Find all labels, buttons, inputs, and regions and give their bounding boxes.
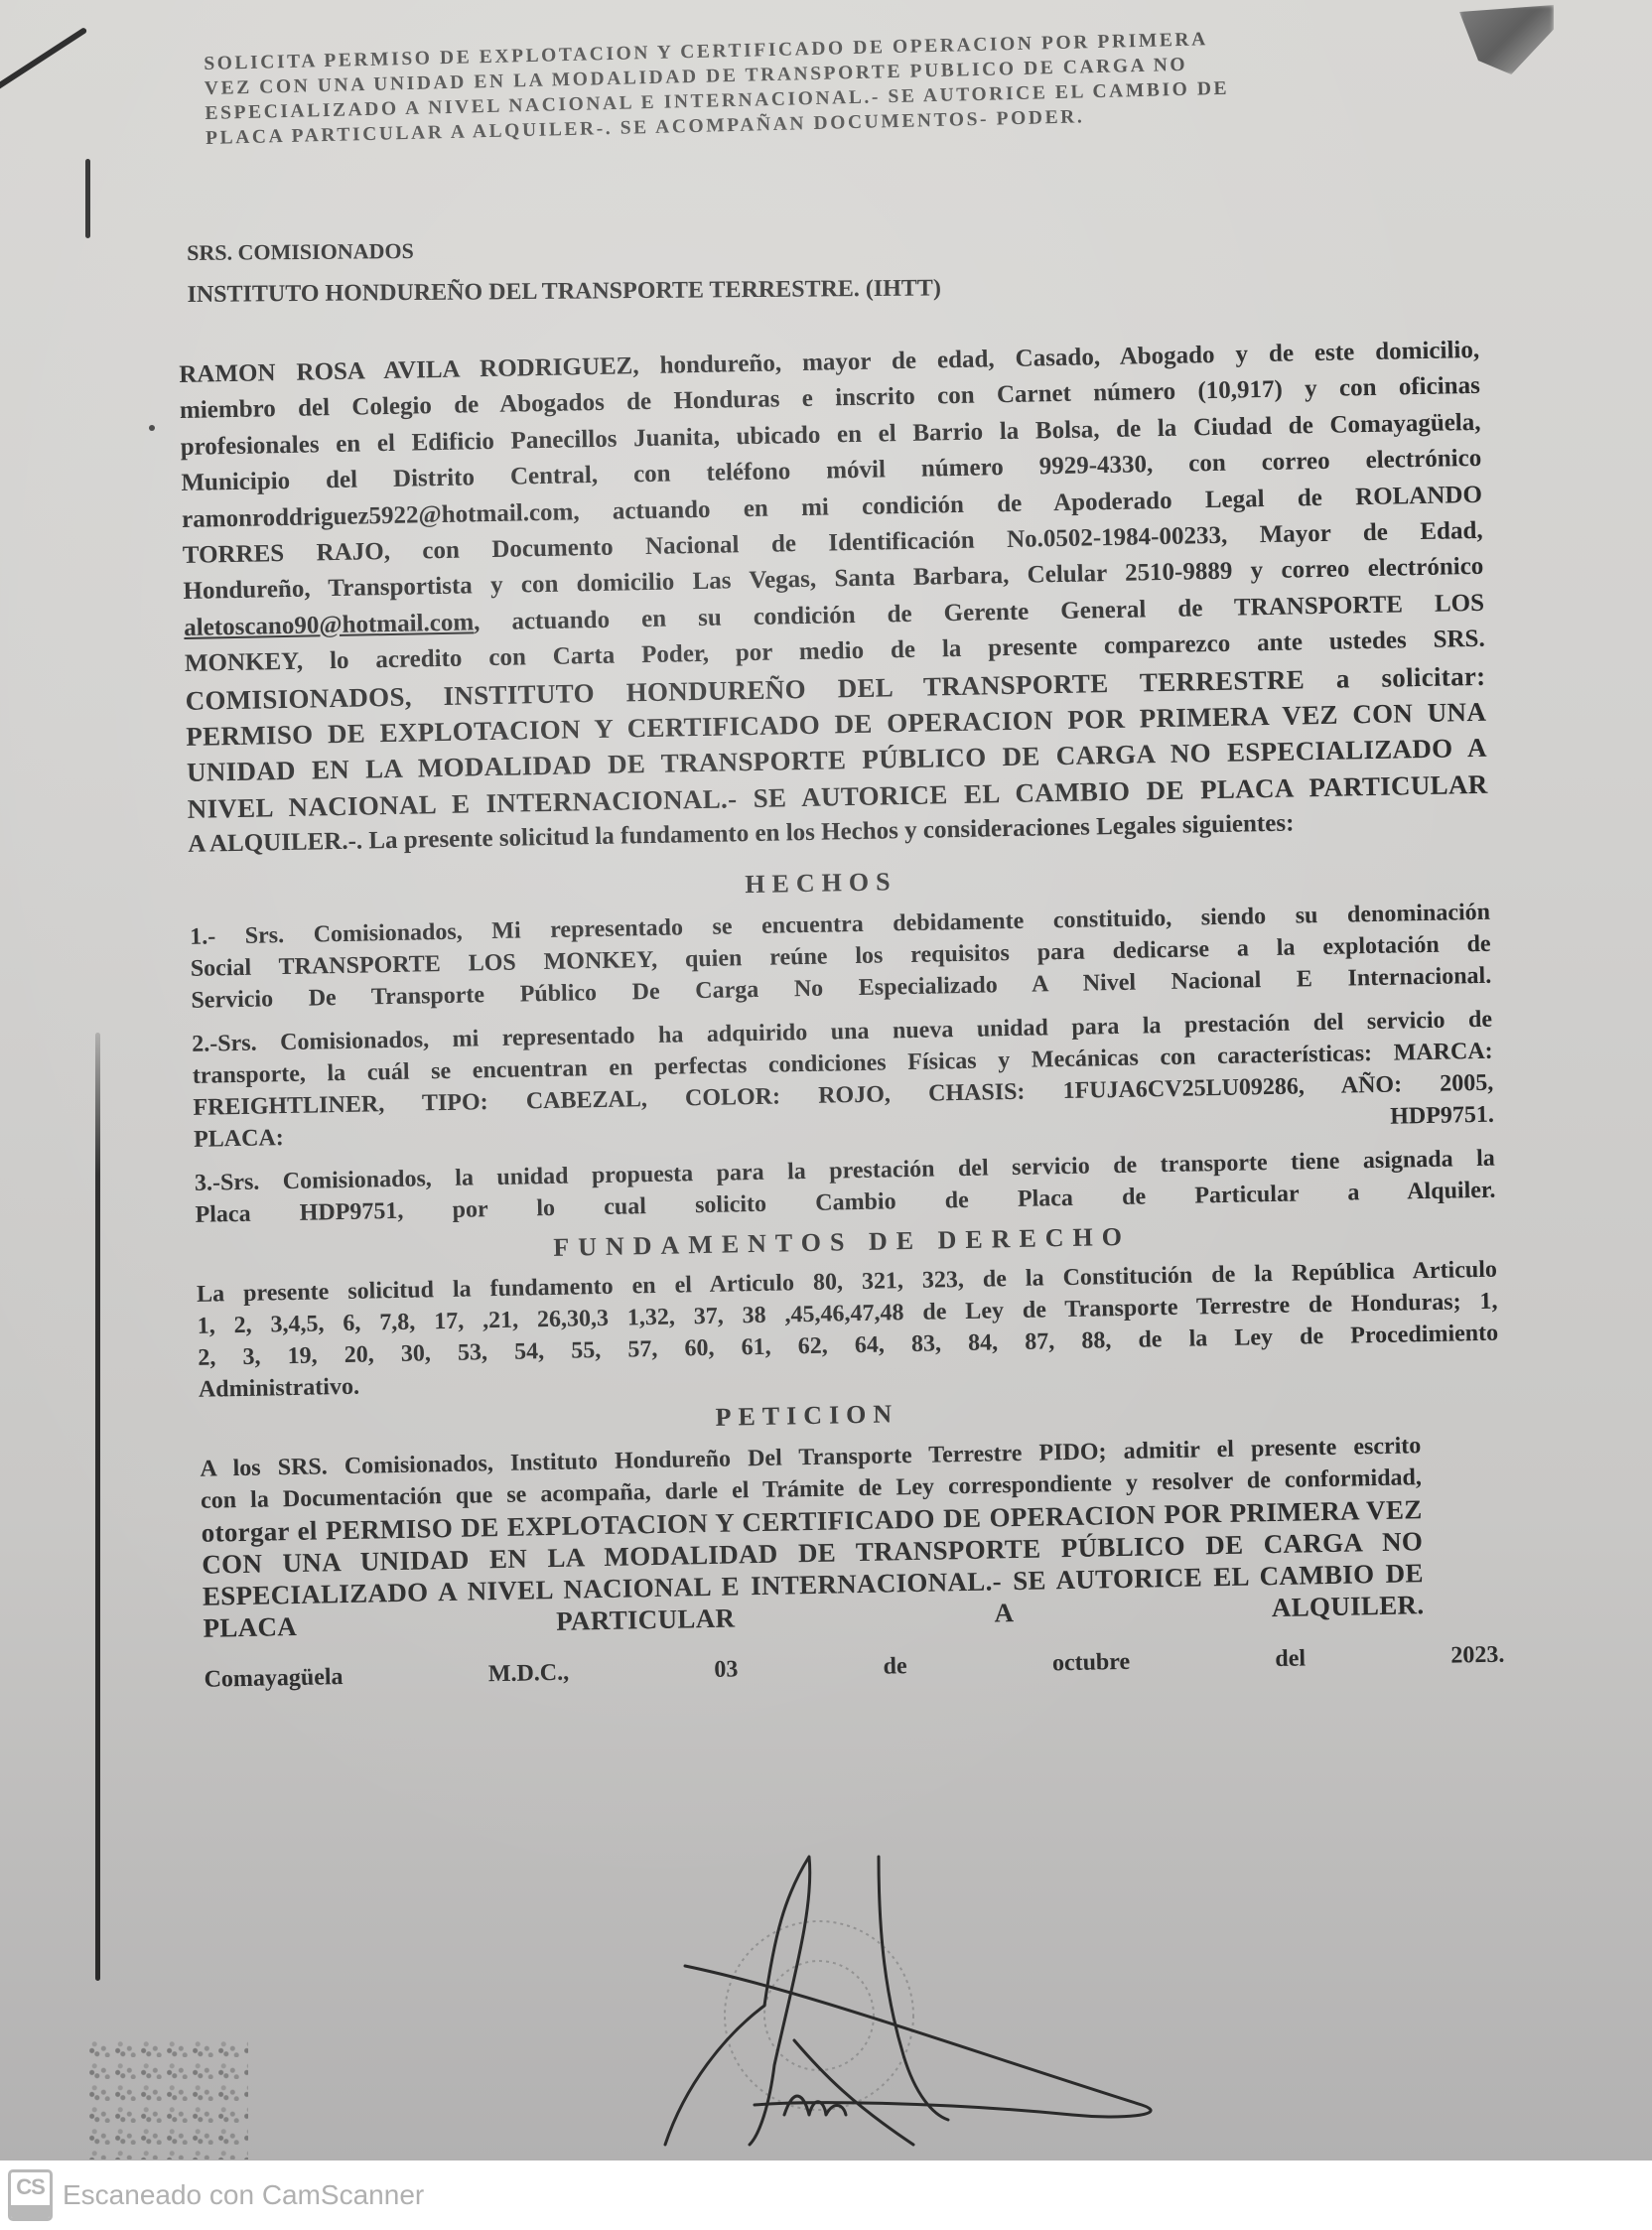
camscanner-footer: CS Escaneado con CamScanner [0, 2160, 1652, 2230]
pen-stroke-mark [85, 159, 90, 238]
section-title-hechos: HECHOS [745, 864, 897, 903]
email-address: aletoscano90@hotmail.com [184, 609, 474, 641]
hechos-item-2: 2.-Srs. Comisionados, mi representado ha… [192, 1003, 1494, 1155]
addressee-title: SRS. COMISIONADOS [187, 225, 941, 274]
scan-noise [89, 2035, 248, 2160]
camscanner-logo-icon: CS [8, 2169, 53, 2221]
section-title-peticion: PETICION [715, 1396, 898, 1436]
intro-paragraph: RAMON ROSA AVILA RODRIGUEZ, hondureño, m… [179, 333, 1489, 864]
scanned-document-page: SOLICITA PERMISO DE EXPLOTACION Y CERTIF… [0, 0, 1652, 2160]
margin-pen-line [95, 1033, 100, 1981]
pen-stroke-mark [0, 27, 87, 145]
logo-bar [11, 2205, 50, 2218]
peticion-paragraph: A los SRS. Comisionados, Instituto Hondu… [200, 1430, 1424, 1644]
logo-text: CS [11, 2174, 50, 2200]
watermark-label: Escaneado con CamScanner [63, 2179, 424, 2211]
subject-header: SOLICITA PERMISO DE EXPLOTACION Y CERTIF… [204, 21, 1476, 151]
addressee-institution: INSTITUTO HONDUREÑO DEL TRANSPORTE TERRE… [187, 267, 941, 316]
addressee-block: SRS. COMISIONADOS INSTITUTO HONDUREÑO DE… [187, 225, 941, 316]
document-body: RAMON ROSA AVILA RODRIGUEZ, hondureño, m… [179, 333, 1505, 1696]
stray-mark [149, 425, 155, 431]
signature-with-seal [655, 1817, 1171, 2155]
fundamentos-paragraph: La presente solicitud la fundamento en e… [197, 1253, 1499, 1405]
